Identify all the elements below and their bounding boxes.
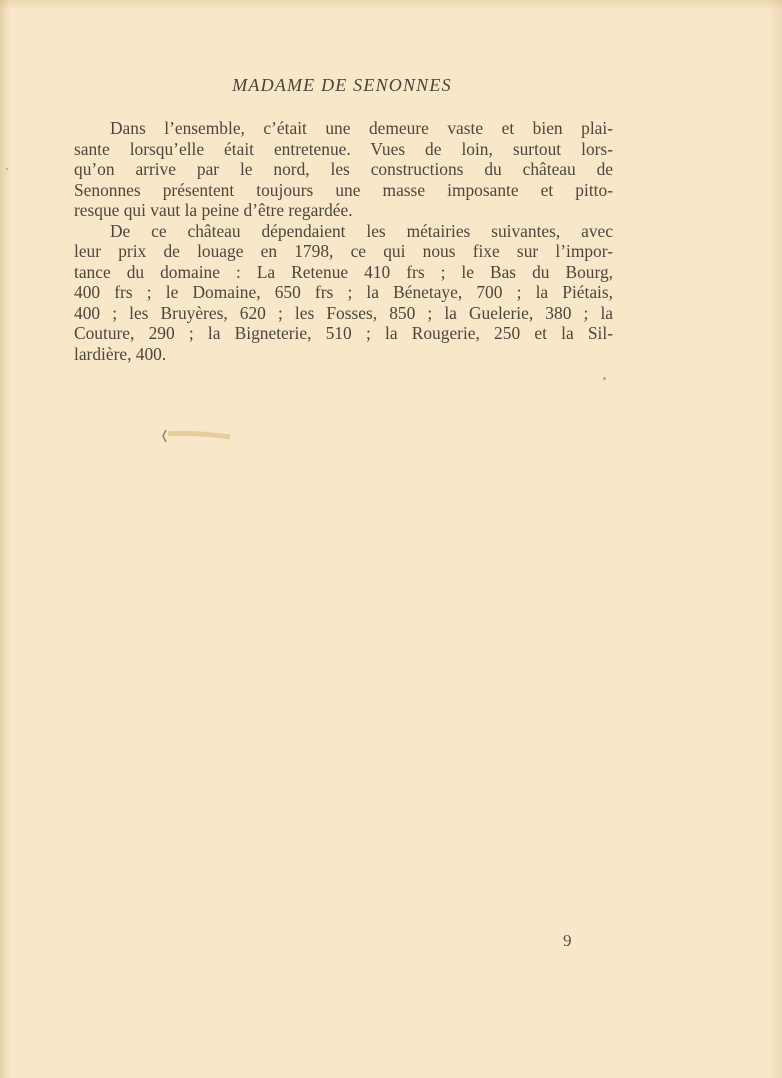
paragraph-1: Dans l’ensemble, c’était une demeure vas… — [74, 118, 613, 221]
running-head: MADAME DE SENONNES — [0, 75, 684, 96]
page-number: 9 — [563, 931, 572, 951]
text-line: sante lorsqu’elle était entretenue. Vues… — [74, 139, 613, 160]
book-page: MADAME DE SENONNES Dans l’ensemble, c’ét… — [0, 0, 782, 1078]
text-line: resque qui vaut la peine d’être regardée… — [74, 200, 613, 221]
text-line: leur prix de louage en 1798, ce qui nous… — [74, 241, 613, 262]
text-line: Dans l’ensemble, c’était une demeure vas… — [74, 118, 613, 139]
text-line: lardière, 400. — [74, 344, 613, 365]
paper-speck — [603, 377, 606, 380]
paper-stain-mark — [160, 426, 232, 444]
paper-speck — [6, 168, 8, 170]
text-line: tance du domaine : La Retenue 410 frs ; … — [74, 262, 613, 283]
text-line: 400 frs ; le Domaine, 650 frs ; la Bénet… — [74, 282, 613, 303]
paragraph-2: De ce château dépendaient les métairies … — [74, 221, 613, 365]
body-text: Dans l’ensemble, c’était une demeure vas… — [74, 118, 613, 364]
text-line: qu’on arrive par le nord, les constructi… — [74, 159, 613, 180]
text-line: Couture, 290 ; la Bigneterie, 510 ; la R… — [74, 323, 613, 344]
text-line: Senonnes présentent toujours une masse i… — [74, 180, 613, 201]
text-line: De ce château dépendaient les métairies … — [74, 221, 613, 242]
text-line: 400 ; les Bruyères, 620 ; les Fosses, 85… — [74, 303, 613, 324]
